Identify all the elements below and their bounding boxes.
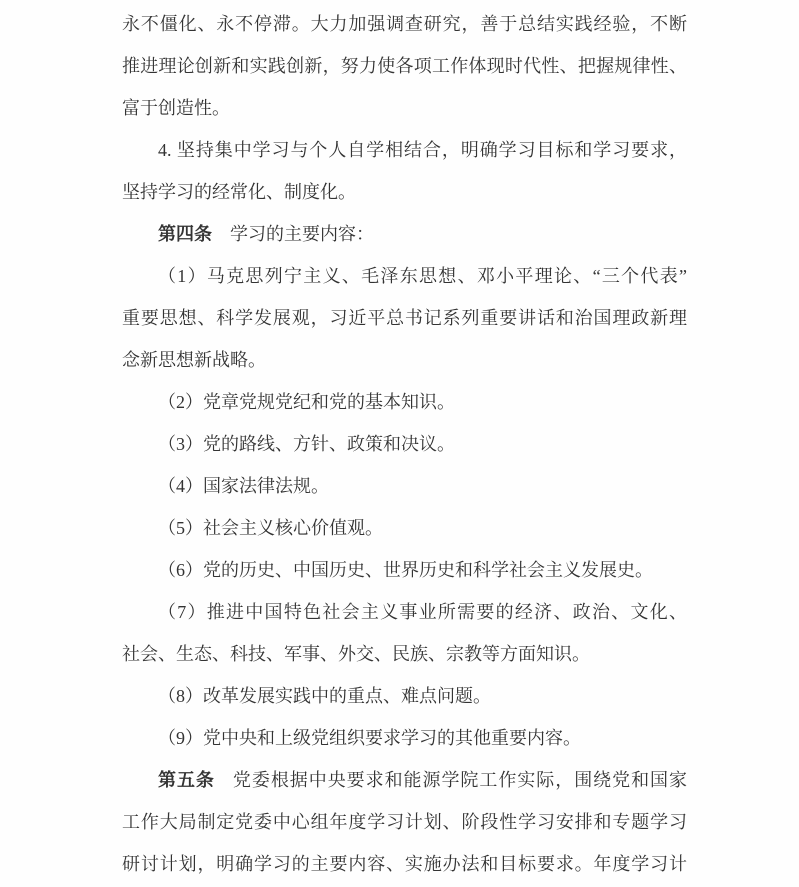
text-line: （1）马克思列宁主义、毛泽东思想、邓小平理论、“三个代表” — [122, 255, 687, 297]
article-5-number: 第五条 — [158, 770, 215, 790]
text-line: 工作大局制定党委中心组年度学习计划、阶段性学习安排和专题学习 — [122, 801, 687, 843]
text-line: 社会、生态、科技、军事、外交、民族、宗教等方面知识。 — [122, 633, 687, 675]
text-line: （4）国家法律法规。 — [122, 465, 687, 507]
text-line: （9）党中央和上级党组织要求学习的其他重要内容。 — [122, 717, 687, 759]
article-4-title: 学习的主要内容： — [230, 224, 374, 244]
text-line: 坚持学习的经常化、制度化。 — [122, 171, 687, 213]
text-line: （7）推进中国特色社会主义事业所需要的经济、政治、文化、 — [122, 591, 687, 633]
text-line: 富于创造性。 — [122, 87, 687, 129]
text-line: （8）改革发展实践中的重点、难点问题。 — [122, 675, 687, 717]
text-line: （2）党章党规党纪和党的基本知识。 — [122, 381, 687, 423]
article-5-text: 党委根据中央要求和能源学院工作实际，围绕党和国家 — [233, 770, 687, 790]
article-4-number: 第四条 — [158, 224, 212, 244]
text-line: 重要思想、科学发展观，习近平总书记系列重要讲话和治国理政新理 — [122, 297, 687, 339]
text-line: 推进理论创新和实践创新，努力使各项工作体现时代性、把握规律性、 — [122, 45, 687, 87]
article-5-heading-line: 第五条党委根据中央要求和能源学院工作实际，围绕党和国家 — [122, 759, 687, 801]
text-line: （5）社会主义核心价值观。 — [122, 507, 687, 549]
text-line: 研讨计划，明确学习的主要内容、实施办法和目标要求。年度学习计 — [122, 843, 687, 885]
text-line: （6）党的历史、中国历史、世界历史和科学社会主义发展史。 — [122, 549, 687, 591]
text-line: （3）党的路线、方针、政策和决议。 — [122, 423, 687, 465]
document-page: 永不僵化、永不停滞。大力加强调查研究，善于总结实践经验，不断 推进理论创新和实践… — [0, 0, 799, 887]
article-4-heading-line: 第四条学习的主要内容： — [122, 213, 687, 255]
text-line: 永不僵化、永不停滞。大力加强调查研究，善于总结实践经验，不断 — [122, 3, 687, 45]
text-line: 念新思想新战略。 — [122, 339, 687, 381]
text-line: 4. 坚持集中学习与个人自学相结合，明确学习目标和学习要求， — [122, 129, 687, 171]
